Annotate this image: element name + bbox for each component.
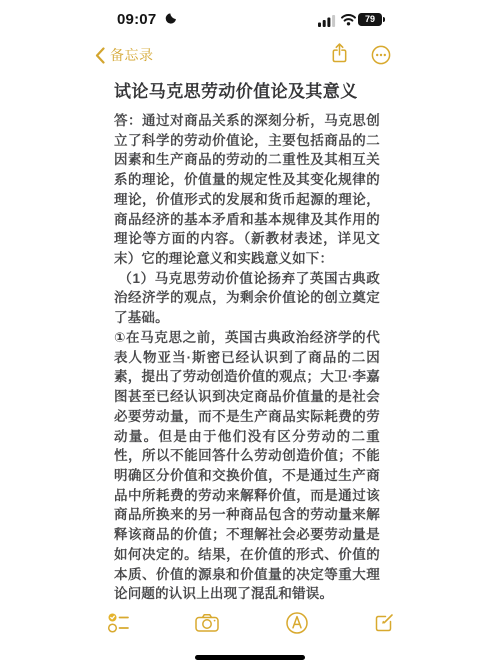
share-icon (330, 41, 349, 65)
note-paragraph: （1）马克思劳动价值论扬弃了英国古典政治经济学的观点，为剩余价值论的创立奠定了基… (114, 269, 380, 328)
notes-app-screen: 09:07 79 备忘录 (0, 0, 500, 667)
more-ellipsis-icon (371, 45, 391, 65)
note-title: 试论马克思劳动价值论及其意义 (114, 81, 380, 103)
wifi-icon (340, 13, 357, 31)
note-paragraph: ①在马克思之前，英国古典政治经济学的代表人物亚当·斯密已经认识到了商品的二因素，… (114, 328, 380, 604)
home-indicator[interactable] (195, 655, 305, 660)
markup-pen-icon (284, 610, 310, 636)
battery-icon: 79 (358, 13, 386, 26)
compose-icon (371, 610, 397, 636)
battery-percent: 79 (358, 13, 382, 26)
back-chevron-icon (95, 47, 105, 64)
back-label: 备忘录 (110, 45, 154, 65)
more-button[interactable] (371, 45, 391, 70)
moon-icon (162, 12, 177, 32)
markup-button[interactable] (284, 610, 310, 636)
battery-cap (383, 17, 386, 22)
note-paragraph: 答：通过对商品关系的深刻分析，马克思创立了科学的劳动价值论，主要包括商品的二因素… (114, 111, 380, 269)
compose-button[interactable] (371, 610, 397, 636)
share-button[interactable] (330, 41, 349, 70)
checklist-button[interactable] (107, 610, 133, 636)
signal-icon (318, 14, 336, 32)
camera-button[interactable] (194, 610, 220, 636)
checklist-icon (107, 610, 133, 636)
note-body: 答：通过对商品关系的深刻分析，马克思创立了科学的劳动价值论，主要包括商品的二因素… (114, 111, 380, 604)
camera-icon (194, 610, 220, 636)
note-content[interactable]: 试论马克思劳动价值论及其意义 答：通过对商品关系的深刻分析，马克思创立了科学的劳… (114, 81, 380, 604)
status-time: 09:07 (117, 11, 156, 28)
back-button[interactable]: 备忘录 (95, 45, 154, 65)
